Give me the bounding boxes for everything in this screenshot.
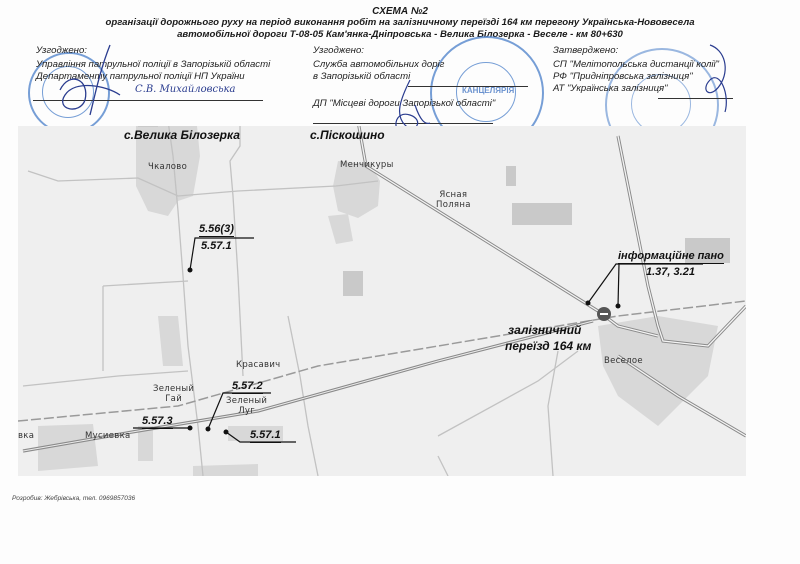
sign-label-5-57-2: 5.57.2 <box>232 380 263 394</box>
sign-label-5-57-1-bottom: 5.57.1 <box>250 429 281 443</box>
crossing-label-line1: залізничний <box>508 324 581 337</box>
approval-left-signature-name: С.В. Михайловська <box>135 84 235 95</box>
place-veseloe: Веселое <box>604 356 643 366</box>
place-zelenyi-lug-line1: Зеленый <box>226 396 267 406</box>
signature-right-icon <box>690 40 740 120</box>
scheme-subtitle-line1: організації дорожнього руху на період ви… <box>0 17 800 29</box>
place-chkalovo: Чкалово <box>148 162 187 172</box>
sign-label-5-57-1-top: 5.57.1 <box>201 240 232 253</box>
signature-left-icon <box>40 40 130 120</box>
approval-middle-line1: Служба автомобільних доріг <box>313 59 444 71</box>
stamp-middle-text: КАНЦЕЛЯРІЯ <box>462 86 514 95</box>
map-drawing <box>18 126 746 476</box>
map-area: с.Велика Білозерка с.Піскошино Чкалово М… <box>18 126 746 476</box>
place-krasavich: Красавич <box>236 360 280 370</box>
place-zelenyi-gai-line1: Зеленый <box>153 384 194 394</box>
approval-middle-heading: Узгоджено: <box>313 45 444 57</box>
info-panel-title: інформаційне пано <box>618 250 724 264</box>
place-vka: вка <box>18 431 34 441</box>
footer-author: Розробив: Жебрівська, тел. 0969857036 <box>12 495 135 502</box>
sign-label-5-57-3: 5.57.3 <box>142 415 173 429</box>
place-zelenyi-gai-line2: Гай <box>153 394 194 404</box>
village-label-piskoshyno: с.Піскошино <box>310 128 385 142</box>
place-yasnaya-polyana-line2: Поляна <box>436 200 471 210</box>
place-zelenyi-lug-line2: Луг <box>226 406 267 416</box>
place-yasnaya-polyana-line: Ясная <box>436 190 471 200</box>
place-musievka: Мусиевка <box>85 431 131 441</box>
village-label-velyka-bilozerka: с.Велика Білозерка <box>124 128 240 142</box>
place-zelenyi-gai: ЗеленыйГай <box>153 384 194 404</box>
place-yasnaya-polyana: ЯснаяПоляна <box>436 190 471 210</box>
no-entry-sign-icon <box>597 307 611 321</box>
place-menchikury: Менчикуры <box>340 160 394 170</box>
info-panel-signs: 1.37, 3.21 <box>646 266 695 279</box>
place-zelenyi-lug: ЗеленыйЛуг <box>226 396 267 416</box>
sign-label-5-56-3: 5.56(3) <box>199 223 234 237</box>
crossing-label-line2: переїзд 164 км <box>505 340 591 353</box>
